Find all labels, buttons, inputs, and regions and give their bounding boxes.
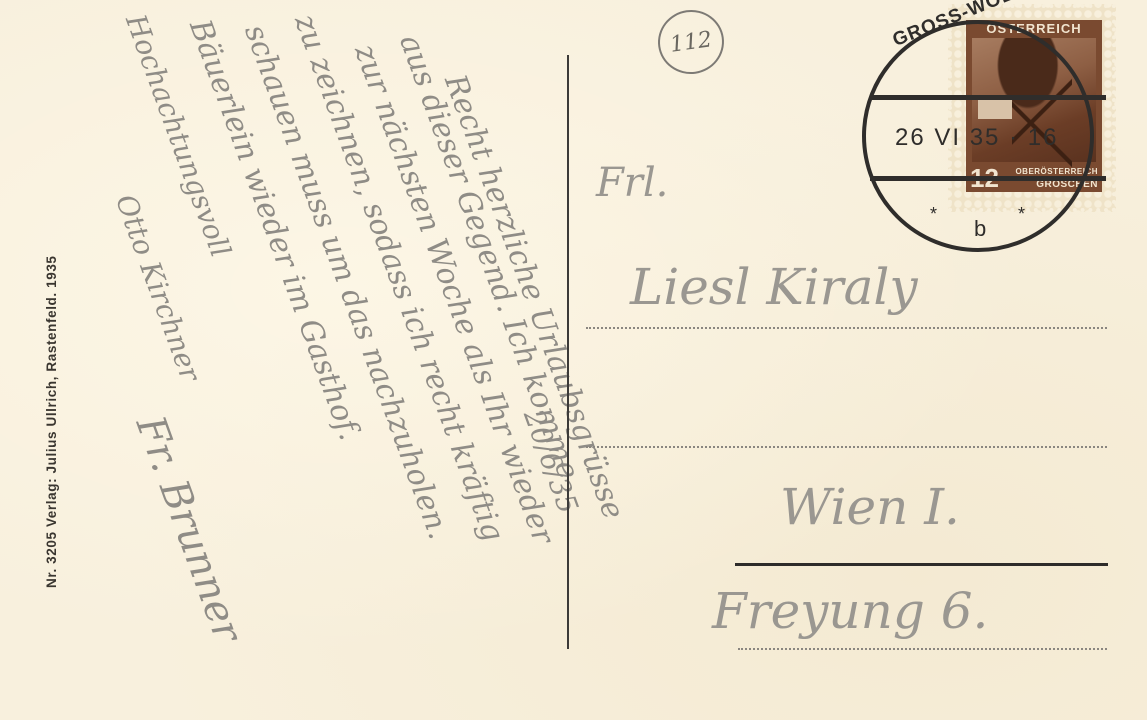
publisher-imprint: Nr. 3205 Verlag: Julius Ullrich, Rastenf… [44,255,59,588]
address-name: Liesl Kiraly [630,258,918,316]
postmark-star-icon: * [930,204,937,225]
center-divider [567,55,569,649]
postcard-back: Nr. 3205 Verlag: Julius Ullrich, Rastenf… [0,0,1147,720]
message-signature: Fr. Brunner [127,410,251,648]
archive-number-mark: 112 [654,6,728,79]
postmark-date: 26 VI 35 · 16 [895,124,1058,152]
address-line-1 [586,327,1107,329]
postmark-bar-top [870,95,1106,100]
postmark-letter: b [974,216,986,242]
address-line-2 [586,446,1107,448]
address-street: Freyung 6. [712,582,988,640]
address-line-3 [738,648,1107,650]
postmark-bar-bottom [870,176,1106,181]
address-city-underline [735,563,1108,566]
postmark-star-icon: * [1018,204,1025,225]
address-salutation: Frl. [596,160,668,206]
address-city: Wien I. [780,478,960,536]
